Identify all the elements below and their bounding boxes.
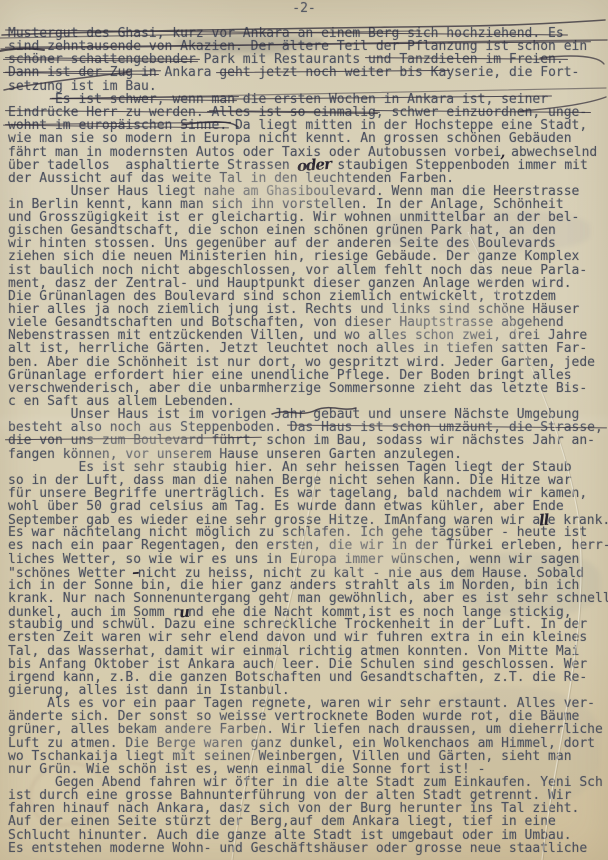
typed-line: Dann ist der Zug in Ankara geht jetzt no…	[8, 66, 608, 79]
handwritten-insertion: u	[179, 605, 190, 619]
struck-text: Alles ist so einmalig	[212, 105, 376, 120]
typed-text-segment: krank. Nur nach Sonnenuntergang geht man…	[8, 591, 608, 606]
typed-text-segment: yserie, die Fort-	[446, 65, 579, 80]
typed-line: wie man sie so modern in Europa nicht ke…	[8, 132, 608, 145]
scanned-letter-page: { "page": { "number_label": "-2-" }, "co…	[0, 0, 608, 860]
typed-line: liches Wetter, so wie wir es uns in Euro…	[8, 553, 608, 566]
typed-text-segment: wie man sie so modern in Europa nicht ke…	[8, 131, 572, 146]
struck-text: , schwer einzuordnen, unge-	[376, 105, 587, 120]
typed-line: Es entstehen moderne Wohn- und Geschäfts…	[8, 842, 608, 855]
struck-text: die von uns zum Boulevard führt,	[8, 433, 258, 448]
handwritten-insertion: oder	[296, 158, 331, 173]
typed-text-segment: liches Wetter, so wie wir es uns in Euro…	[8, 552, 579, 567]
typed-line: Eindrücke Herr zu werden. Alles ist so e…	[8, 106, 608, 119]
struck-text: wohnt im europäischen Sinne.	[8, 118, 227, 133]
typed-text-segment: Ankara	[157, 65, 220, 80]
struck-text: Dann ist der Zug in	[8, 65, 157, 80]
typed-line: Es ist schwer, wenn man die ersten Woche…	[8, 93, 608, 106]
typed-line: wohl über 50 grad celsius am Tag. Es wur…	[8, 500, 608, 513]
typed-text-segment: Es entstehen moderne Wohn- und Geschäfts…	[8, 841, 587, 856]
struck-text: Das Haus ist schon umzäunt, die Strasse,	[290, 420, 603, 435]
typed-line: setzung ist im Bau.	[8, 80, 608, 93]
typed-text-segment: wohl über 50 grad celsius am Tag. Es wur…	[8, 499, 564, 514]
struck-text: geht jetzt noch weiter bis Ka	[219, 65, 446, 80]
handwritten-insertion: –	[132, 566, 139, 580]
typed-line: krank. Nur nach Sonnenuntergang geht man…	[8, 592, 608, 605]
page-number: -2-	[0, 1, 608, 16]
handwritten-insertion: ll	[539, 513, 549, 527]
typed-text: Mustergut des Ghasi, kurz vor Ankara an …	[8, 27, 608, 855]
